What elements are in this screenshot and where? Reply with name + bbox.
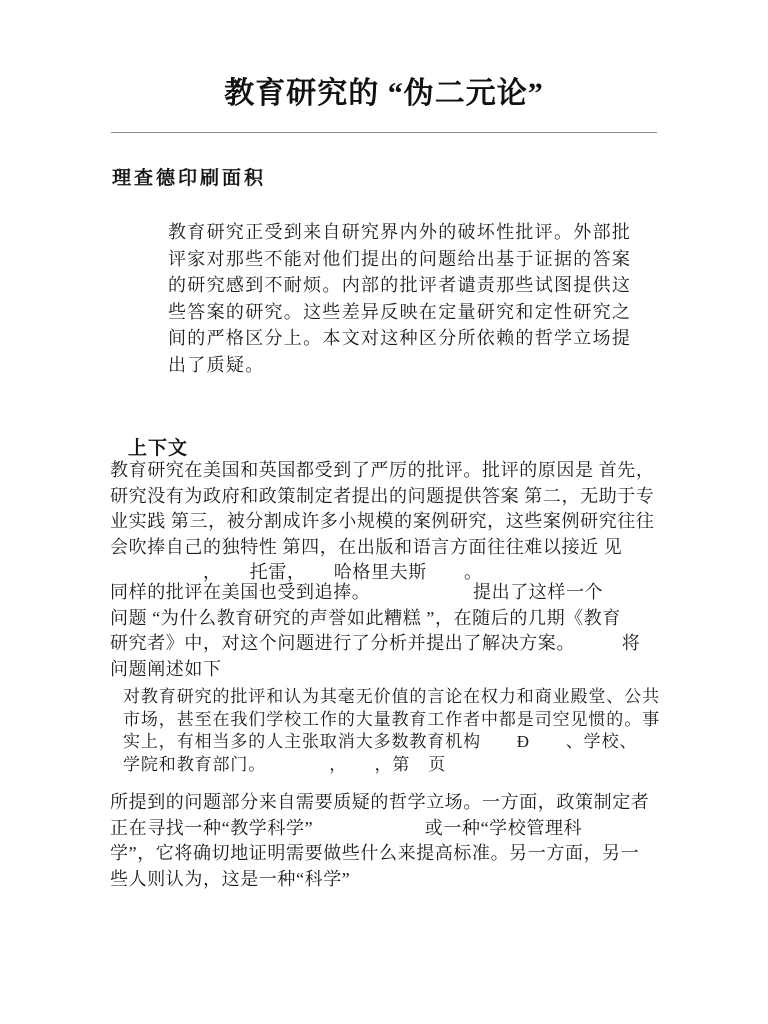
paragraph-critique-reasons: 教育研究在美国和英国都受到了严厉的批评。批评的原因是 首先， 研究没有为政府和政… (110, 458, 655, 586)
abstract-text: 教育研究正受到来自研究界内外的破坏性批评。外部批 评家对那些不能对他们提出的问题… (168, 219, 631, 378)
blockquote-quotation: 对教育研究的批评和认为其毫无价值的言论在权力和商业殿堂、公共 市场，甚至在我们学… (123, 686, 660, 776)
paragraph-philosophical-stance: 所提到的问题部分来自需要质疑的哲学立场。一方面，政策制定者 正在寻找一种“教学科… (110, 790, 649, 892)
paragraph-us-critique: 同样的批评在美国也受到追捧。 提出了这样一个 问题 “为什么教育研究的声誉如此糟… (110, 580, 640, 682)
title-divider (111, 132, 657, 133)
document-title: 教育研究的 “伪二元论” (0, 74, 768, 114)
document-page: 教育研究的 “伪二元论” 理查德印刷面积 教育研究正受到来自研究界内外的破坏性批… (0, 0, 768, 1024)
author-line: 理查德印刷面积 (112, 166, 266, 192)
